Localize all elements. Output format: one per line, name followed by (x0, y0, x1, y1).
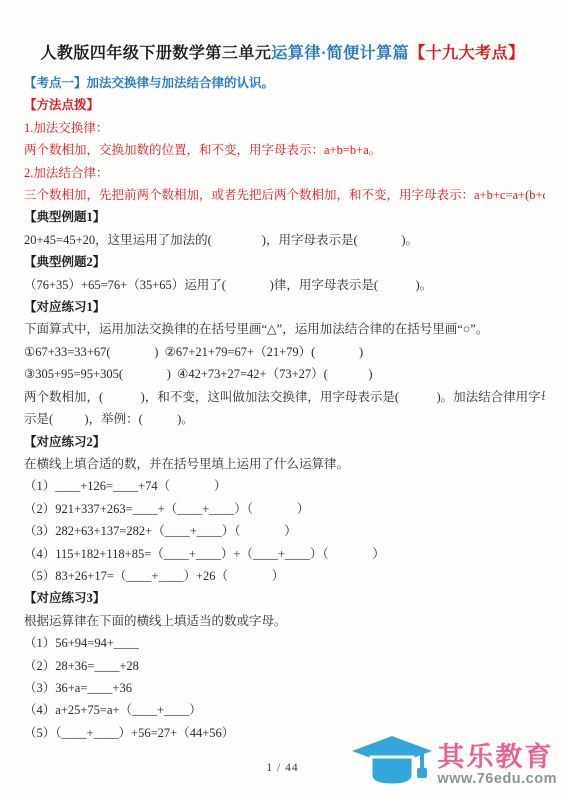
practice3-item-2: （2）28+36=____+28 (24, 655, 545, 677)
kaodian-header: 【考点一】加法交换律与加法结合律的认识。 (24, 72, 545, 94)
practice2-item-2: （2）921+337+263=____+（____+____）（ ） (24, 498, 545, 520)
example2-question: （76+35）+65=76+（35+65）运用了( )律，用字母表示是( )。 (24, 274, 545, 296)
practice3-item-4: （4）a+25+75=a+（____+____） (24, 699, 545, 721)
method-rule2-text: 三个数相加，先把前两个数相加，或者先把后两个数相加，和不变，用字母表示：a+b+… (24, 184, 545, 206)
practice1-row3: 两个数相加，( )，和不变，这叫做加法交换律，用字母表示是( )。加法结合律用字… (24, 386, 545, 408)
practice1-header: 【对应练习1】 (24, 296, 545, 318)
practice3-intro: 根据运算律在下面的横线上填适当的数或字母。 (24, 610, 545, 632)
brand-text-block: 其乐教育 www.76edu.com (437, 743, 557, 788)
example2-header: 【典型例题2】 (24, 251, 545, 273)
practice1-row1: ①67+33=33+67( ) ②67+21+79=67+（21+79）( ) (24, 341, 545, 363)
title-topic-text: 运算律·简便计算篇 (271, 45, 409, 62)
practice3-header: 【对应练习3】 (24, 587, 545, 609)
practice1-row4: 示是( )，举例：( )。 (24, 408, 545, 430)
practice3-item-1: （1）56+94=94+____ (24, 632, 545, 654)
title-unit-text: 人教版四年级下册数学第三单元 (40, 45, 271, 62)
practice2-header: 【对应练习2】 (24, 431, 545, 453)
practice2-item-1: （1）____+126=____+74（ ） (24, 475, 545, 497)
title-badge-text: 【十九大考点】 (409, 45, 525, 62)
example1-question: 20+45=45+20，这里运用了加法的( )，用字母表示是( )。 (24, 229, 545, 251)
practice2-intro: 在横线上填合适的数，并在括号里填上运用了什么运算律。 (24, 453, 545, 475)
method-rule1-title: 1.加法交换律： (24, 117, 545, 139)
brand-name: 其乐教育 (437, 743, 553, 771)
practice1-intro: 下面算式中，运用加法交换律的在括号里画“△”，运用加法结合律的在括号里画“○”。 (24, 318, 545, 340)
graduation-cap-icon (351, 735, 433, 796)
method-header: 【方法点拨】 (24, 94, 545, 116)
method-rule2-title: 2.加法结合律： (24, 162, 545, 184)
practice3-item-3: （3）36+a=____+36 (24, 677, 545, 699)
practice2-item-4: （4）115+182+118+85=（____+____）+（____+____… (24, 543, 545, 565)
worksheet-body: 【考点一】加法交换律与加法结合律的认识。 【方法点拨】 1.加法交换律： 两个数… (24, 72, 545, 744)
brand-logo: 其乐教育 www.76edu.com (351, 735, 557, 796)
brand-url: www.76edu.com (437, 771, 557, 788)
method-rule1-text: 两个数相加，交换加数的位置，和不变，用字母表示：a+b=b+a。 (24, 139, 545, 161)
practice2-item-5: （5）83+26+17=（____+____）+26（ ） (24, 565, 545, 587)
practice1-row2: ③305+95=95+305( ) ④42+73+27=42+（73+27）( … (24, 363, 545, 385)
practice2-item-3: （3）282+63+137=282+（____+____）（ ） (24, 520, 545, 542)
page-title: 人教版四年级下册数学第三单元运算律·简便计算篇【十九大考点】 (0, 40, 565, 63)
worksheet-page: 人教版四年级下册数学第三单元运算律·简便计算篇【十九大考点】 【考点一】加法交换… (0, 0, 565, 800)
example1-header: 【典型例题1】 (24, 206, 545, 228)
